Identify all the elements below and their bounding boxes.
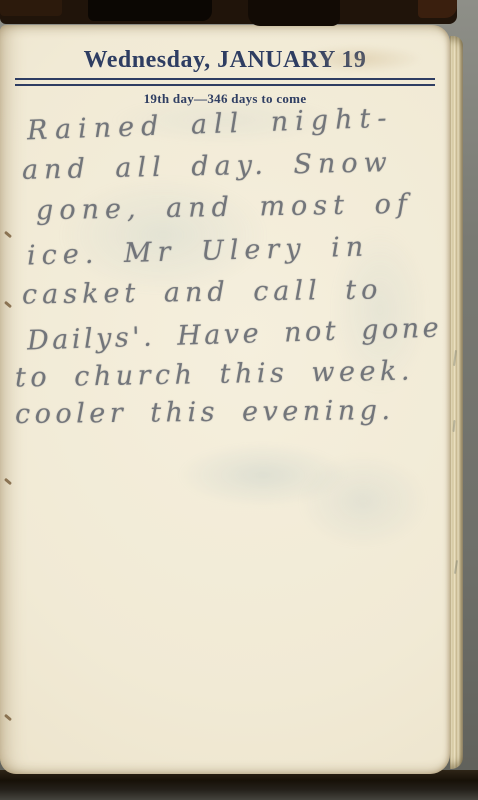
handwriting-line: to church this week. [15, 356, 414, 394]
book-bottom-shadow [0, 770, 478, 800]
binding-stitch [4, 231, 12, 238]
page-stack-edge [450, 36, 463, 769]
double-rule [15, 78, 435, 86]
handwriting-line: gone, and most of [36, 189, 413, 227]
handwriting-line: cooler this evening. [15, 395, 395, 430]
handwriting-line: Rained all night- [27, 103, 394, 147]
date-heading: Wednesday, JANUARY 19 [0, 47, 450, 74]
bleed-through-smudge [298, 453, 428, 549]
page-header: Wednesday, JANUARY 19 19th day—346 days … [0, 47, 450, 107]
diary-page: Wednesday, JANUARY 19 19th day—346 days … [0, 25, 450, 774]
binding-blob [0, 0, 62, 16]
binding-stitch [4, 301, 12, 308]
binding-blob [248, 0, 340, 26]
handwriting-line: ice. Mr Ulery in [27, 232, 370, 272]
handwriting-line: Dailys'. Have not gone [27, 312, 443, 356]
bleed-through-smudge [178, 443, 348, 507]
scanned-diary-photo: Wednesday, JANUARY 19 19th day—346 days … [0, 0, 478, 800]
binding-stitch [4, 714, 12, 721]
binding-blob [418, 0, 457, 18]
binding-blob [88, 0, 212, 21]
binding-stitch [4, 478, 12, 485]
book-top-binding [0, 0, 457, 24]
handwriting-line: casket and call to [22, 274, 383, 310]
handwriting-line: and all day. Snow [22, 147, 393, 186]
